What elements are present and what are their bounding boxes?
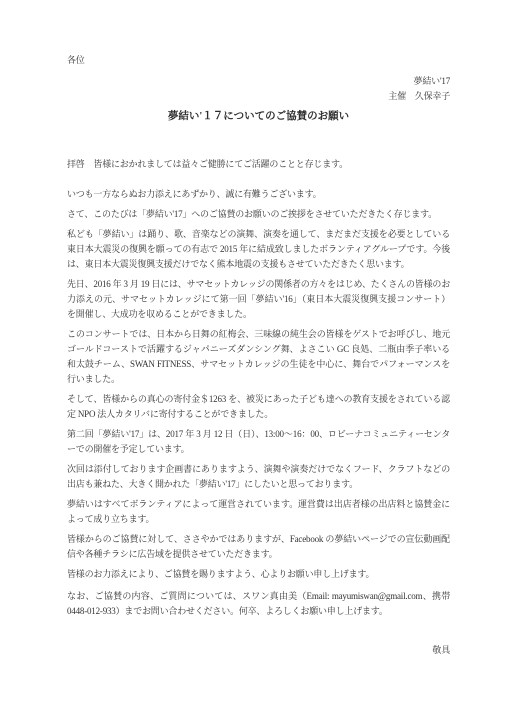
body-paragraph: 私ども「夢結い」は踊り、歌、音楽などの演舞、演奏を通して、まだまだ支援を必要とし… bbox=[67, 227, 450, 272]
recipient: 各位 bbox=[67, 53, 450, 68]
body-paragraph: 皆様からのご協賛に対して、ささやかではありますが、Facebook の夢結いペー… bbox=[67, 532, 450, 562]
document-page: 各位 夢結い'17 主催 久保幸子 夢結い'１７についてのご協賛のお願い 拝啓 … bbox=[0, 0, 514, 723]
body-paragraph: いつも一方ならぬお力添えにあずかり、誠に有難うございます。 bbox=[67, 187, 450, 202]
body-paragraph: 次回は添付しております企画書にありますよう、演舞や演奏だけでなくフード、クラフト… bbox=[67, 462, 450, 492]
body-paragraph: 先日、2016 年 3 月 19 日には、サマセットカレッジの関係者の方々をはじ… bbox=[67, 277, 450, 322]
body-paragraph: このコンサートでは、日本から日舞の紅梅会、三味線の純生会の皆様をゲストでお呼びし… bbox=[67, 327, 450, 387]
body-paragraph: 第二回「夢結い'17」は、2017 年 3 月 12 日（日）、13:00～16… bbox=[67, 427, 450, 457]
greeting-paragraph: 拝啓 皆様におかれましては益々ご健勝にてご活躍のことと存じます。 bbox=[67, 157, 450, 172]
body-paragraph: さて、このたびは「夢結い'17」へのご協賛のお願いのご挨拶をさせていただきたく存… bbox=[67, 207, 450, 222]
sender-group: 夢結い'17 bbox=[67, 74, 450, 89]
body-paragraph: 夢結いはすべてボランティアによって運営されています。運営費は出店者様の出店料と協… bbox=[67, 497, 450, 527]
organizer: 主催 久保幸子 bbox=[67, 89, 450, 104]
body-paragraph: 皆様のお力添えにより、ご協賛を賜りますよう、心よりお願い申し上げます。 bbox=[67, 567, 450, 582]
page-title: 夢結い'１７についてのご協賛のお願い bbox=[67, 109, 450, 124]
closing-salutation: 敬具 bbox=[67, 643, 450, 658]
body-paragraph: そして、皆様からの真心の寄付金＄1263 を、被災にあった子ども達への教育支援を… bbox=[67, 392, 450, 422]
contact-paragraph: なお、ご協賛の内容、ご質問については、スワン真由美（Email: mayumis… bbox=[67, 589, 450, 619]
